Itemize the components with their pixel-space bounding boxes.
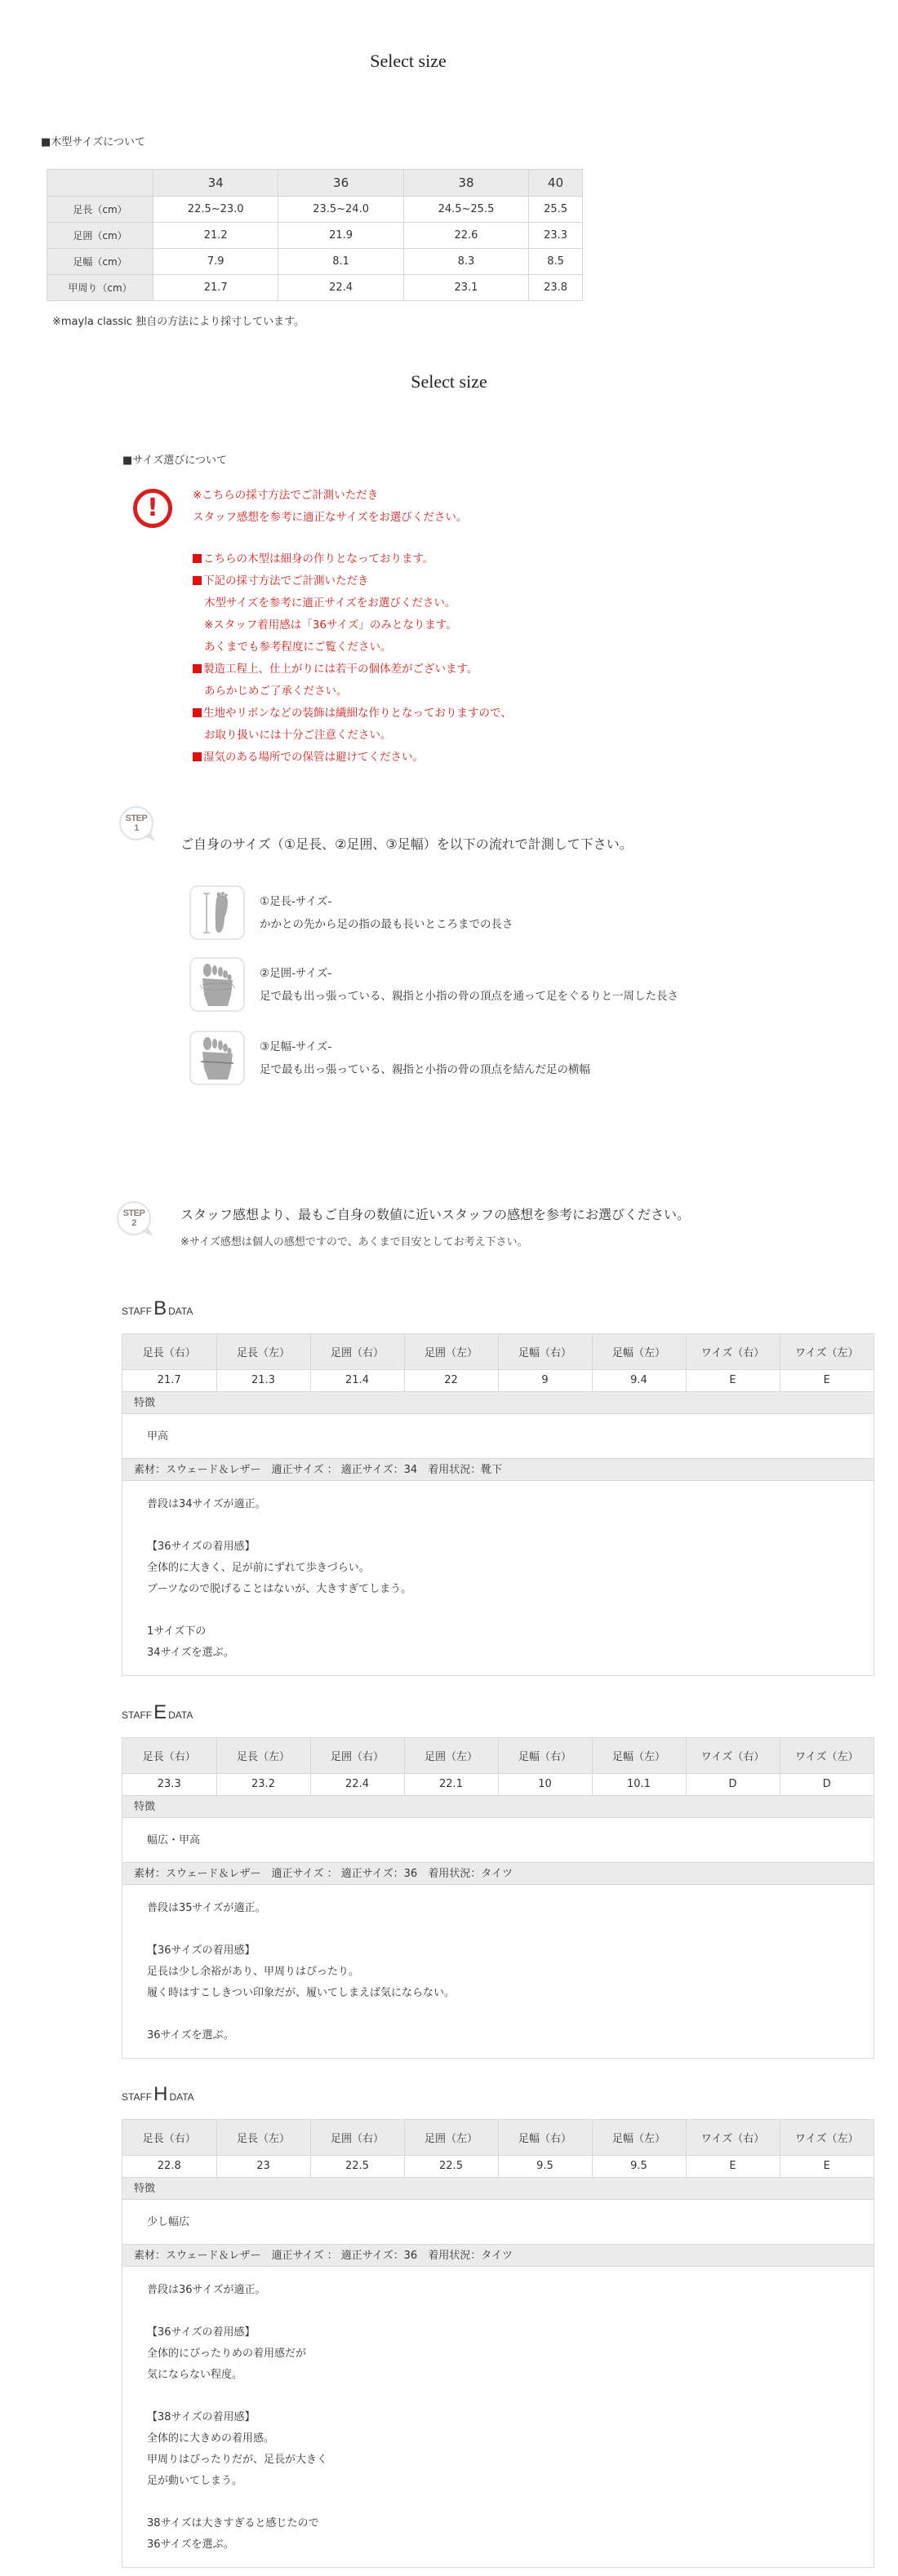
last-size-header-row: 34 36 38 40	[47, 170, 583, 197]
cell: 21.7	[153, 275, 278, 301]
cell: 21.7	[122, 1369, 216, 1391]
staff-comment: 普段は34サイズが適正。 【36サイズの着用感】 全体的に大きく、足が前にずれて…	[122, 1481, 874, 1675]
cell: E	[780, 1369, 874, 1391]
column-header: ワイズ（右）	[686, 1334, 780, 1369]
staff-prefix: STAFF	[122, 1709, 152, 1721]
comment-line: 普段は36サイズが適正。	[147, 2280, 849, 2301]
staff-prefix: STAFF	[122, 2091, 152, 2103]
spec-line: 素材：スウェード＆レザー 適正サイズ ： 適正サイズ：34 着用状況：靴下	[122, 1459, 874, 1481]
measurement-note: ※mayla classic 独自の方法により採寸しています。	[52, 313, 305, 328]
comment-line: 普段は35サイズが適正。	[147, 1898, 849, 1919]
cell: D	[780, 1773, 874, 1795]
step-number: 1	[134, 823, 139, 833]
warning-line: スタッフ感想を参考に適正なサイズをお選びください。	[193, 507, 467, 529]
cell: 9.5	[498, 2155, 592, 2177]
red-square-bullet-icon	[193, 554, 202, 563]
row-label: 甲周り（cm）	[47, 275, 153, 301]
table-row: 甲周り（cm） 21.7 22.4 23.1 23.8	[47, 275, 583, 301]
foot-girth-desc: 足で最も出っ張っている、親指と小指の骨の頂点を通って足をぐるりと一周した長さ	[260, 987, 678, 1003]
table-row: 足囲（cm） 21.2 21.9 22.6 23.3	[47, 223, 583, 249]
size-guide-notes: こちらの木型は細身の作りとなっております。 下記の採寸方法でご計測いただき 木型…	[193, 548, 512, 769]
column-header: 足囲（左）	[404, 2120, 498, 2155]
table-row: 22.8 23 22.5 22.5 9.5 9.5 E E	[122, 2155, 874, 2177]
red-square-bullet-icon	[193, 576, 202, 585]
staff-suffix: DATA	[168, 1709, 193, 1721]
note-line: こちらの木型は細身の作りとなっております。	[193, 548, 512, 570]
cell: 8.1	[278, 249, 403, 275]
note-text: 湿気のある場所での保管は避けてください。	[203, 751, 424, 764]
column-header: 足幅（左）	[592, 1334, 686, 1369]
cell: 22.5~23.0	[153, 197, 278, 223]
comment-line	[147, 1600, 849, 1621]
cell: 21.3	[216, 1369, 310, 1391]
step1-badge: STEP 1	[119, 806, 153, 840]
size-column-header: 40	[529, 170, 583, 197]
note-line: 製造工程上、仕上がりには若干の個体差がございます。	[193, 658, 512, 681]
note-text: 製造工程上、仕上がりには若干の個体差がございます。	[203, 663, 478, 676]
column-header: 足幅（左）	[592, 2120, 686, 2155]
bubble-tail-icon	[141, 1227, 153, 1239]
column-header: ワイズ（左）	[780, 1738, 874, 1773]
note-line: 木型サイズを参考に適正サイズをお選びください。	[193, 592, 512, 614]
staff-suffix: DATA	[168, 1306, 193, 1317]
cell: E	[686, 1369, 780, 1391]
feature-value: 甲高	[122, 1414, 874, 1459]
cell: 22.8	[122, 2155, 216, 2177]
staff-letter: B	[153, 1297, 167, 1319]
comment-line: 足が動いてしまう。	[147, 2471, 849, 2492]
column-header: 足長（右）	[122, 1738, 216, 1773]
cell: 25.5	[529, 197, 583, 223]
cell: 9.5	[592, 2155, 686, 2177]
comment-line: 全体的にぴったりめの着用感だが	[147, 2343, 849, 2365]
comment-line: 履く時はすこしきつい印象だが、履いてしまえば気にならない。	[147, 1983, 849, 2004]
table-row: 21.7 21.3 21.4 22 9 9.4 E E	[122, 1369, 874, 1391]
comment-line: 【36サイズの着用感】	[147, 2322, 849, 2343]
note-text: 下記の採寸方法でご計測いただき	[203, 574, 369, 587]
comment-line	[147, 1515, 849, 1536]
note-line: ※スタッフ着用感は「36サイズ」のみとなります。	[193, 614, 512, 636]
step2-badge: STEP 2	[117, 1201, 151, 1235]
cell: 23.8	[529, 275, 583, 301]
column-header: 足囲（左）	[404, 1334, 498, 1369]
column-header: ワイズ（右）	[686, 1738, 780, 1773]
comment-line: 38サイズは大きすぎると感じたので	[147, 2513, 849, 2534]
foot-length-desc: かかとの先から足の指の最も長いところまでの長さ	[260, 915, 513, 931]
staff-e-table: 足長（右） 足長（左） 足囲（右） 足囲（左） 足幅（右） 足幅（左） ワイズ（…	[122, 1737, 874, 2059]
column-header: 足長（左）	[216, 1738, 310, 1773]
foot-length-icon	[189, 885, 245, 940]
column-header: 足幅（右）	[498, 1738, 592, 1773]
warning-message: ※こちらの採寸方法でご計測いただき スタッフ感想を参考に適正なサイズをお選びくだ…	[193, 485, 467, 529]
size-guide-heading: ■サイズ選びについて	[122, 451, 227, 467]
comment-line: 足長は少し余裕があり、甲周りはぴったり。	[147, 1962, 849, 1983]
step-number: 2	[131, 1218, 136, 1228]
feature-value: 少し幅広	[122, 2200, 874, 2245]
column-header: ワイズ（左）	[780, 1334, 874, 1369]
cell: 23.3	[122, 1773, 216, 1795]
cell: 7.9	[153, 249, 278, 275]
staff-prefix: STAFF	[122, 1306, 152, 1317]
column-header: 足幅（左）	[592, 1738, 686, 1773]
select-size-title-2: Select size	[0, 371, 898, 392]
comment-line	[147, 2301, 849, 2322]
select-size-title: Select size	[0, 51, 816, 72]
last-size-heading: ■木型サイズについて	[41, 133, 145, 149]
staff-header-row: 足長（右） 足長（左） 足囲（右） 足囲（左） 足幅（右） 足幅（左） ワイズ（…	[122, 1738, 874, 1773]
comment-line	[147, 2386, 849, 2407]
step2-note: ※サイズ感想は個人の感想ですので、あくまで目安としてお考え下さい。	[180, 1233, 528, 1248]
cell: 23.5~24.0	[278, 197, 403, 223]
comment-line: 【36サイズの着用感】	[147, 1940, 849, 1962]
note-text: こちらの木型は細身の作りとなっております。	[203, 552, 433, 565]
comment-line: 気にならない程度。	[147, 2365, 849, 2386]
column-header: 足幅（右）	[498, 1334, 592, 1369]
note-line: 下記の採寸方法でご計測いただき	[193, 570, 512, 592]
size-column-header: 38	[403, 170, 528, 197]
cell: 23.3	[529, 223, 583, 249]
cell: 21.2	[153, 223, 278, 249]
note-line: 生地やリボンなどの装飾は繊細な作りとなっておりますので、	[193, 703, 512, 725]
cell: 22	[404, 1369, 498, 1391]
cell: 8.3	[403, 249, 528, 275]
comment-line: 36サイズを選ぶ。	[147, 2025, 849, 2046]
comment-line	[147, 1919, 849, 1940]
step-word: STEP	[123, 1208, 145, 1218]
foot-width-desc: 足で最も出っ張っている、親指と小指の骨の頂点を結んだ足の横幅	[260, 1060, 590, 1076]
column-header: 足囲（右）	[310, 1334, 404, 1369]
row-label: 足囲（cm）	[47, 223, 153, 249]
cell: 23.2	[216, 1773, 310, 1795]
spec-line: 素材：スウェード＆レザー 適正サイズ ： 適正サイズ：36 着用状況：タイツ	[122, 1863, 874, 1885]
cell: 9.4	[592, 1369, 686, 1391]
staff-comment: 普段は35サイズが適正。 【36サイズの着用感】 足長は少し余裕があり、甲周りは…	[122, 1885, 874, 2058]
cell: 8.5	[529, 249, 583, 275]
feature-label: 特徴	[122, 1796, 874, 1818]
column-header: 足長（左）	[216, 1334, 310, 1369]
comment-line	[147, 2492, 849, 2513]
warning-line: ※こちらの採寸方法でご計測いただき	[193, 485, 467, 507]
row-label: 足長（cm）	[47, 197, 153, 223]
column-header: 足幅（右）	[498, 2120, 592, 2155]
note-line: お取り扱いには十分ご注意ください。	[193, 725, 512, 747]
cell: E	[686, 2155, 780, 2177]
feature-value: 幅広・甲高	[122, 1818, 874, 1863]
corner-cell	[47, 170, 153, 197]
cell: 22.4	[310, 1773, 404, 1795]
staff-suffix: DATA	[169, 2091, 193, 2103]
foot-girth-title: ②足囲-サイズ-	[260, 964, 331, 980]
red-square-bullet-icon	[193, 664, 202, 673]
table-row: 23.3 23.2 22.4 22.1 10 10.1 D D	[122, 1773, 874, 1795]
step2-instruction: スタッフ感想より、最もご自身の数値に近いスタッフの感想を参考にお選びください。	[180, 1204, 690, 1223]
staff-header-row: 足長（右） 足長（左） 足囲（右） 足囲（左） 足幅（右） 足幅（左） ワイズ（…	[122, 1334, 874, 1369]
note-line: あらかじめご了承ください。	[193, 681, 512, 703]
last-size-table: 34 36 38 40 足長（cm） 22.5~23.0 23.5~24.0 2…	[47, 169, 583, 301]
feature-label: 特徴	[122, 1392, 874, 1414]
exclamation-circle-icon: !	[133, 489, 172, 528]
cell: 10.1	[592, 1773, 686, 1795]
cell: 22.4	[278, 275, 403, 301]
note-line: 湿気のある場所での保管は避けてください。	[193, 747, 512, 769]
step-word: STEP	[126, 814, 148, 823]
foot-width-title: ③足幅-サイズ-	[260, 1037, 331, 1053]
staff-header-row: 足長（右） 足長（左） 足囲（右） 足囲（左） 足幅（右） 足幅（左） ワイズ（…	[122, 2120, 874, 2155]
step1-instruction: ご自身のサイズ（①足長、②足囲、③足幅）を以下の流れで計測して下さい。	[180, 834, 633, 853]
column-header: ワイズ（左）	[780, 2120, 874, 2155]
column-header: 足長（右）	[122, 2120, 216, 2155]
comment-line: 1サイズ下の	[147, 1621, 849, 1643]
foot-length-title: ①足長-サイズ-	[260, 892, 331, 908]
staff-comment: 普段は36サイズが適正。 【36サイズの着用感】 全体的にぴったりめの着用感だが…	[122, 2267, 874, 2567]
staff-letter: E	[153, 1701, 167, 1723]
spec-line: 素材：スウェード＆レザー 適正サイズ ： 適正サイズ：36 着用状況：タイツ	[122, 2245, 874, 2267]
comment-line: 普段は34サイズが適正。	[147, 1494, 849, 1515]
cell: 23	[216, 2155, 310, 2177]
cell: 21.4	[310, 1369, 404, 1391]
staff-h-table: 足長（右） 足長（左） 足囲（右） 足囲（左） 足幅（右） 足幅（左） ワイズ（…	[122, 2119, 874, 2568]
table-row: 足幅（cm） 7.9 8.1 8.3 8.5	[47, 249, 583, 275]
note-line: あくまでも参考程度にご覧ください。	[193, 636, 512, 658]
table-row: 足長（cm） 22.5~23.0 23.5~24.0 24.5~25.5 25.…	[47, 197, 583, 223]
cell: 21.9	[278, 223, 403, 249]
note-text: 生地やリボンなどの装飾は繊細な作りとなっておりますので、	[203, 707, 512, 720]
cell: 10	[498, 1773, 592, 1795]
foot-width-icon	[189, 1031, 245, 1085]
foot-girth-icon	[189, 957, 245, 1012]
size-column-header: 34	[153, 170, 278, 197]
size-column-header: 36	[278, 170, 403, 197]
cell: 22.5	[310, 2155, 404, 2177]
column-header: 足囲（右）	[310, 2120, 404, 2155]
comment-line: 全体的に大きめの着用感。	[147, 2428, 849, 2450]
comment-line: ブーツなので脱げることはないが、大きすぎてしまう。	[147, 1579, 849, 1600]
column-header: 足囲（左）	[404, 1738, 498, 1773]
cell: 22.6	[403, 223, 528, 249]
staff-e-label: STAFFEDATA	[122, 1701, 193, 1724]
column-header: 足長（左）	[216, 2120, 310, 2155]
cell: 24.5~25.5	[403, 197, 528, 223]
column-header: ワイズ（右）	[686, 2120, 780, 2155]
column-header: 足長（右）	[122, 1334, 216, 1369]
column-header: 足囲（右）	[310, 1738, 404, 1773]
cell: D	[686, 1773, 780, 1795]
row-label: 足幅（cm）	[47, 249, 153, 275]
staff-b-label: STAFFBDATA	[122, 1297, 193, 1320]
red-square-bullet-icon	[193, 752, 202, 761]
comment-line: 全体的に大きく、足が前にずれて歩きづらい。	[147, 1558, 849, 1579]
comment-line: 甲周りはぴったりだが、足長が大きく	[147, 2450, 849, 2471]
cell: 22.1	[404, 1773, 498, 1795]
cell: 9	[498, 1369, 592, 1391]
comment-line	[147, 2004, 849, 2025]
comment-line: 【38サイズの着用感】	[147, 2407, 849, 2428]
cell: E	[780, 2155, 874, 2177]
feature-label: 特徴	[122, 2178, 874, 2200]
cell: 22.5	[404, 2155, 498, 2177]
bubble-tail-icon	[144, 832, 156, 845]
staff-letter: H	[153, 2083, 167, 2105]
red-square-bullet-icon	[193, 708, 202, 717]
comment-line: 36サイズを選ぶ。	[147, 2534, 849, 2556]
cell: 23.1	[403, 275, 528, 301]
comment-line: 【36サイズの着用感】	[147, 1536, 849, 1558]
comment-line: 34サイズを選ぶ。	[147, 1643, 849, 1664]
staff-h-label: STAFFHDATA	[122, 2083, 194, 2106]
staff-b-table: 足長（右） 足長（左） 足囲（右） 足囲（左） 足幅（右） 足幅（左） ワイズ（…	[122, 1333, 874, 1676]
